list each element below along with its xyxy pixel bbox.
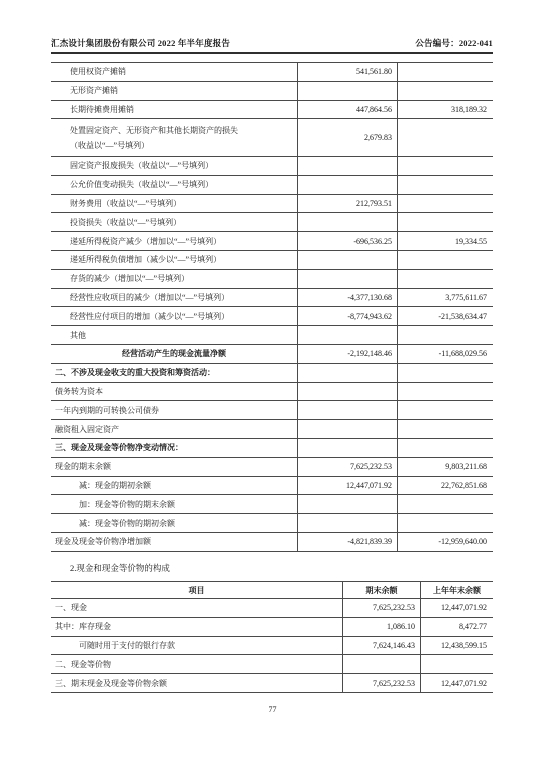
prior-period-value [397, 326, 493, 344]
prior-period-value: -21,538,634.47 [397, 307, 493, 325]
item-label: 二、现金等价物 [51, 655, 342, 673]
current-period-value: 7,625,232.53 [342, 599, 420, 617]
table-row: 现金及现金等价物净增加额-4,821,839.39-12,959,640.00 [51, 533, 493, 552]
cash-composition-table: 项目期末余额上年年末余额一、现金7,625,232.5312,447,071.9… [51, 581, 493, 693]
current-period-value [342, 655, 420, 673]
current-period-value: 447,864.56 [297, 101, 397, 119]
prior-period-value: 19,334.55 [397, 232, 493, 250]
prior-period-value [397, 401, 493, 419]
item-label: 一年内到期的可转换公司债券 [51, 401, 297, 419]
prior-period-value [397, 514, 493, 532]
prior-period-value [397, 213, 493, 231]
table-row: 现金的期末余额7,625,232.539,803,211.68 [51, 458, 493, 477]
item-label: 减：现金的期初余额 [51, 477, 297, 495]
table-row: 经营活动产生的现金流量净额-2,192,148.46-11,688,029.56 [51, 345, 493, 364]
item-label: 融资租入固定资产 [51, 420, 297, 438]
item-label: 一、现金 [51, 599, 342, 617]
item-label: 二、不涉及现金收支的重大投资和筹资活动： [51, 364, 297, 382]
prior-period-value: -12,959,640.00 [397, 533, 493, 551]
current-period-value [297, 364, 397, 382]
item-label: 经营性应收项目的减少（增加以“—”号填列） [51, 289, 297, 307]
table-row: 其中：库存现金1,086.108,472.77 [51, 618, 493, 637]
cash-flow-supplement-table: 使用权资产摊销541,561.80无形资产摊销长期待摊费用摊销447,864.5… [51, 62, 493, 552]
item-label: 投资损失（收益以“—”号填列） [51, 213, 297, 231]
announcement-number: 公告编号：2022-041 [415, 37, 493, 49]
current-period-value [297, 420, 397, 438]
table-row: 债务转为资本 [51, 383, 493, 402]
prior-period-value: -11,688,029.56 [397, 345, 493, 363]
table-row: 一、现金7,625,232.5312,447,071.92 [51, 599, 493, 618]
prior-period-value: 12,447,071.92 [420, 599, 493, 617]
table-row: 融资租入固定资产 [51, 420, 493, 439]
item-label: 无形资产摊销 [51, 82, 297, 100]
report-title: 汇杰设计集团股份有限公司 2022 年半年度报告 [51, 37, 230, 49]
item-label: 三、期末现金及现金等价物余额 [51, 674, 342, 692]
table-row: 经营性应付项目的增加（减少以“—”号填列）-8,774,943.62-21,53… [51, 307, 493, 326]
table-row: 长期待摊费用摊销447,864.56318,189.32 [51, 101, 493, 120]
current-period-value: 7,624,146.43 [342, 637, 420, 655]
prior-period-value: 22,762,851.68 [397, 477, 493, 495]
item-label: 其他 [51, 326, 297, 344]
table-row: 无形资产摊销 [51, 82, 493, 101]
prior-period-value [397, 420, 493, 438]
current-period-value: 1,086.10 [342, 618, 420, 636]
item-label: 减：现金等价物的期初余额 [51, 514, 297, 532]
item-label: 递延所得税资产减少（增加以“—”号填列） [51, 232, 297, 250]
item-label: 经营活动产生的现金流量净额 [51, 345, 297, 363]
section-heading: 2.现金和现金等价物的构成 [70, 562, 170, 574]
prior-period-value [397, 383, 493, 401]
table-row: 投资损失（收益以“—”号填列） [51, 213, 493, 232]
table-row: 公允价值变动损失（收益以“—”号填列） [51, 176, 493, 195]
header-rule [51, 52, 493, 54]
table-row: 二、现金等价物 [51, 655, 493, 674]
table-row: 三、期末现金及现金等价物余额7,625,232.5312,447,071.92 [51, 674, 493, 693]
item-label: 经营性应付项目的增加（减少以“—”号填列） [51, 307, 297, 325]
column-header-ending-balance: 期末余额 [342, 582, 420, 598]
table-row: 加：现金等价物的期末余额 [51, 495, 493, 514]
prior-period-value [397, 270, 493, 288]
item-label: 其中：库存现金 [51, 618, 342, 636]
item-label: 存货的减少（增加以“—”号填列） [51, 270, 297, 288]
prior-period-value [397, 119, 493, 156]
current-period-value: 212,793.51 [297, 195, 397, 213]
prior-period-value: 8,472.77 [420, 618, 493, 636]
table-row: 减：现金等价物的期初余额 [51, 514, 493, 533]
current-period-value [297, 326, 397, 344]
prior-period-value [397, 176, 493, 194]
prior-period-value [397, 82, 493, 100]
item-label: 使用权资产摊销 [51, 63, 297, 81]
table-row: 财务费用（收益以“—”号填列）212,793.51 [51, 195, 493, 214]
table-row: 可随时用于支付的银行存款7,624,146.4312,438,599.15 [51, 637, 493, 656]
item-label: 可随时用于支付的银行存款 [51, 637, 342, 655]
current-period-value [297, 495, 397, 513]
column-header-item: 项目 [51, 582, 342, 598]
current-period-value [297, 176, 397, 194]
table-row: 其他 [51, 326, 493, 345]
prior-period-value [397, 364, 493, 382]
item-label: 递延所得税负债增加（减少以“—”号填列） [51, 251, 297, 269]
prior-period-value [397, 439, 493, 457]
table-row: 递延所得税负债增加（减少以“—”号填列） [51, 251, 493, 270]
current-period-value [297, 383, 397, 401]
current-period-value: 7,625,232.53 [297, 458, 397, 476]
current-period-value [297, 401, 397, 419]
current-period-value [297, 439, 397, 457]
table-row: 三、现金及现金等价物净变动情况： [51, 439, 493, 458]
page-number: 77 [0, 705, 545, 714]
table-header-row: 项目期末余额上年年末余额 [51, 582, 493, 599]
prior-period-value [397, 251, 493, 269]
item-label: 固定资产报废损失（收益以“—”号填列） [51, 157, 297, 175]
current-period-value: 12,447,071.92 [297, 477, 397, 495]
table-row: 经营性应收项目的减少（增加以“—”号填列）-4,377,130.683,775,… [51, 289, 493, 308]
item-label: 长期待摊费用摊销 [51, 101, 297, 119]
current-period-value [297, 82, 397, 100]
current-period-value [297, 251, 397, 269]
prior-period-value [397, 63, 493, 81]
column-header-prior-year-balance: 上年年末余额 [420, 582, 493, 598]
prior-period-value: 9,803,211.68 [397, 458, 493, 476]
prior-period-value: 12,438,599.15 [420, 637, 493, 655]
item-label: 处置固定资产、无形资产和其他长期资产的损失 （收益以“—”号填列） [51, 119, 297, 156]
current-period-value: -8,774,943.62 [297, 307, 397, 325]
prior-period-value [397, 195, 493, 213]
table-row: 二、不涉及现金收支的重大投资和筹资活动： [51, 364, 493, 383]
prior-period-value: 3,775,611.67 [397, 289, 493, 307]
current-period-value: 7,625,232.53 [342, 674, 420, 692]
item-label: 公允价值变动损失（收益以“—”号填列） [51, 176, 297, 194]
prior-period-value [420, 655, 493, 673]
item-label: 加：现金等价物的期末余额 [51, 495, 297, 513]
table-row: 使用权资产摊销541,561.80 [51, 63, 493, 82]
prior-period-value [397, 157, 493, 175]
item-label: 三、现金及现金等价物净变动情况： [51, 439, 297, 457]
table-row: 存货的减少（增加以“—”号填列） [51, 270, 493, 289]
current-period-value [297, 514, 397, 532]
item-label: 现金的期末余额 [51, 458, 297, 476]
page-header: 汇杰设计集团股份有限公司 2022 年半年度报告 公告编号：2022-041 [51, 37, 493, 49]
current-period-value [297, 213, 397, 231]
prior-period-value: 318,189.32 [397, 101, 493, 119]
table-row: 递延所得税资产减少（增加以“—”号填列）-696,536.2519,334.55 [51, 232, 493, 251]
current-period-value: -4,821,839.39 [297, 533, 397, 551]
current-period-value: 2,679.83 [297, 119, 397, 156]
current-period-value [297, 270, 397, 288]
table-row: 减：现金的期初余额12,447,071.9222,762,851.68 [51, 477, 493, 496]
prior-period-value [397, 495, 493, 513]
item-label: 财务费用（收益以“—”号填列） [51, 195, 297, 213]
prior-period-value: 12,447,071.92 [420, 674, 493, 692]
item-label: 债务转为资本 [51, 383, 297, 401]
table-row: 处置固定资产、无形资产和其他长期资产的损失 （收益以“—”号填列）2,679.8… [51, 119, 493, 157]
table-row: 固定资产报废损失（收益以“—”号填列） [51, 157, 493, 176]
current-period-value: 541,561.80 [297, 63, 397, 81]
current-period-value: -2,192,148.46 [297, 345, 397, 363]
table-row: 一年内到期的可转换公司债券 [51, 401, 493, 420]
report-page: 汇杰设计集团股份有限公司 2022 年半年度报告 公告编号：2022-041 使… [0, 0, 545, 771]
current-period-value [297, 157, 397, 175]
item-label: 现金及现金等价物净增加额 [51, 533, 297, 551]
current-period-value: -696,536.25 [297, 232, 397, 250]
current-period-value: -4,377,130.68 [297, 289, 397, 307]
